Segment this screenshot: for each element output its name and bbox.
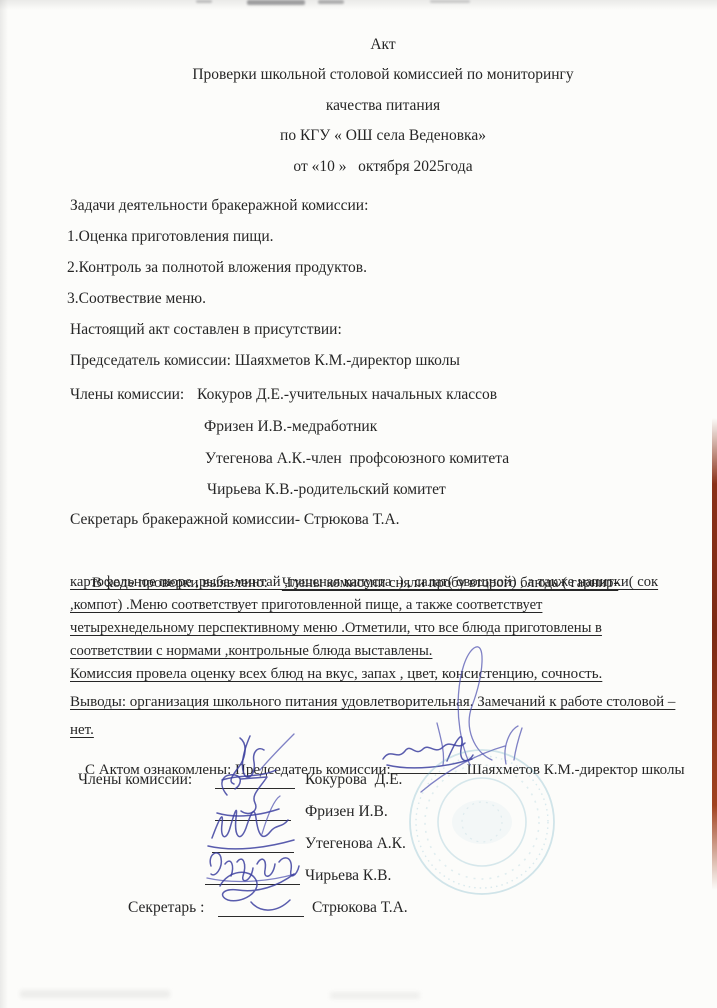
signature-member-name: Кокурова Д.Е. <box>305 770 402 790</box>
findings-text-line: четырехнедельному перспективному меню .О… <box>70 620 602 636</box>
doc-date-line: от «10 » октября 2025года <box>48 158 717 176</box>
signature-secretary-label: Секретарь : <box>128 898 204 918</box>
signature-member-name: Утегенова А.К. <box>305 834 406 854</box>
doc-organization: по КГУ « ОШ села Веденовка» <box>48 127 717 145</box>
scan-smudge <box>330 992 420 999</box>
scan-smudge <box>196 0 212 3</box>
findings-text-line: ,компот) .Меню соответствует приготовлен… <box>70 597 542 613</box>
doc-subtitle-2: качества питания <box>48 97 717 115</box>
chairman-line: Председатель комиссии: Шаяхметов К.М.-ди… <box>70 351 460 371</box>
signature-row-member: Утегенова А.К. <box>0 834 717 858</box>
scan-smudge <box>318 0 344 4</box>
task-item: 3.Соотвествие меню. <box>67 289 206 309</box>
scanned-act-document: Акт Проверки школьной столовой комиссией… <box>0 0 717 1008</box>
task-item: 1.Оценка приготовления пищи. <box>67 227 274 247</box>
doc-subtitle-1: Проверки школьной столовой комиссией по … <box>48 66 717 84</box>
members-label: Члены комиссии: <box>70 385 184 405</box>
signature-row-member: Чирьева К.В. <box>0 866 717 890</box>
signature-stryukova-ink <box>206 866 301 921</box>
signature-member-name: Фризен И.В. <box>305 802 388 822</box>
signature-member-name: Чирьева К.В. <box>305 866 391 886</box>
signature-line <box>218 898 304 917</box>
member-line: Фризен И.В.-медработник <box>204 417 377 437</box>
member-line: Утегенова А.К.-член профсоюзного комитет… <box>205 449 509 469</box>
signature-secretary-name: Стрюкова Т.А. <box>312 898 408 918</box>
conclusions-line: Выводы: организация школьного питания уд… <box>70 692 675 712</box>
signature-row-secretary: Секретарь : Стрюкова Т.А. <box>0 898 717 922</box>
signature-row-members: Члены комиссии: Кокурова Д.Е. <box>0 770 717 794</box>
findings-text-line: картофельное пюре ,рыба-минтай ,тушеная … <box>70 574 658 590</box>
signature-members-label: Члены комиссии: <box>78 770 192 790</box>
conclusions-line: нет. <box>70 720 94 740</box>
secretary-line: Секретарь бракеражной комиссии- Стрюкова… <box>70 510 400 530</box>
tasks-heading: Задачи деятельности бракеражной комиссии… <box>70 196 368 216</box>
scan-smudge <box>247 0 305 5</box>
task-item: 2.Контроль за полнотой вложения продукто… <box>67 258 367 278</box>
signature-row-member: Фризен И.В. <box>0 802 717 826</box>
member-line: Кокуров Д.Е.-учительных начальных классо… <box>197 385 497 405</box>
doc-title: Акт <box>48 36 717 54</box>
scan-smudge <box>430 0 470 3</box>
evaluation-line: Комиссия провела оценку всех блюд на вку… <box>70 664 602 684</box>
findings-text-line: соответствии с нормами ,контрольные блюд… <box>70 643 432 659</box>
scan-top-edge <box>0 0 717 10</box>
findings-paragraph: В ходе проверки выявлено:Члены комиссии … <box>70 548 710 663</box>
presence-line: Настоящий акт составлен в присутствии: <box>70 320 342 340</box>
scan-smudge <box>20 990 170 998</box>
member-line: Чирьева К.В.-родительский комитет <box>207 480 446 500</box>
